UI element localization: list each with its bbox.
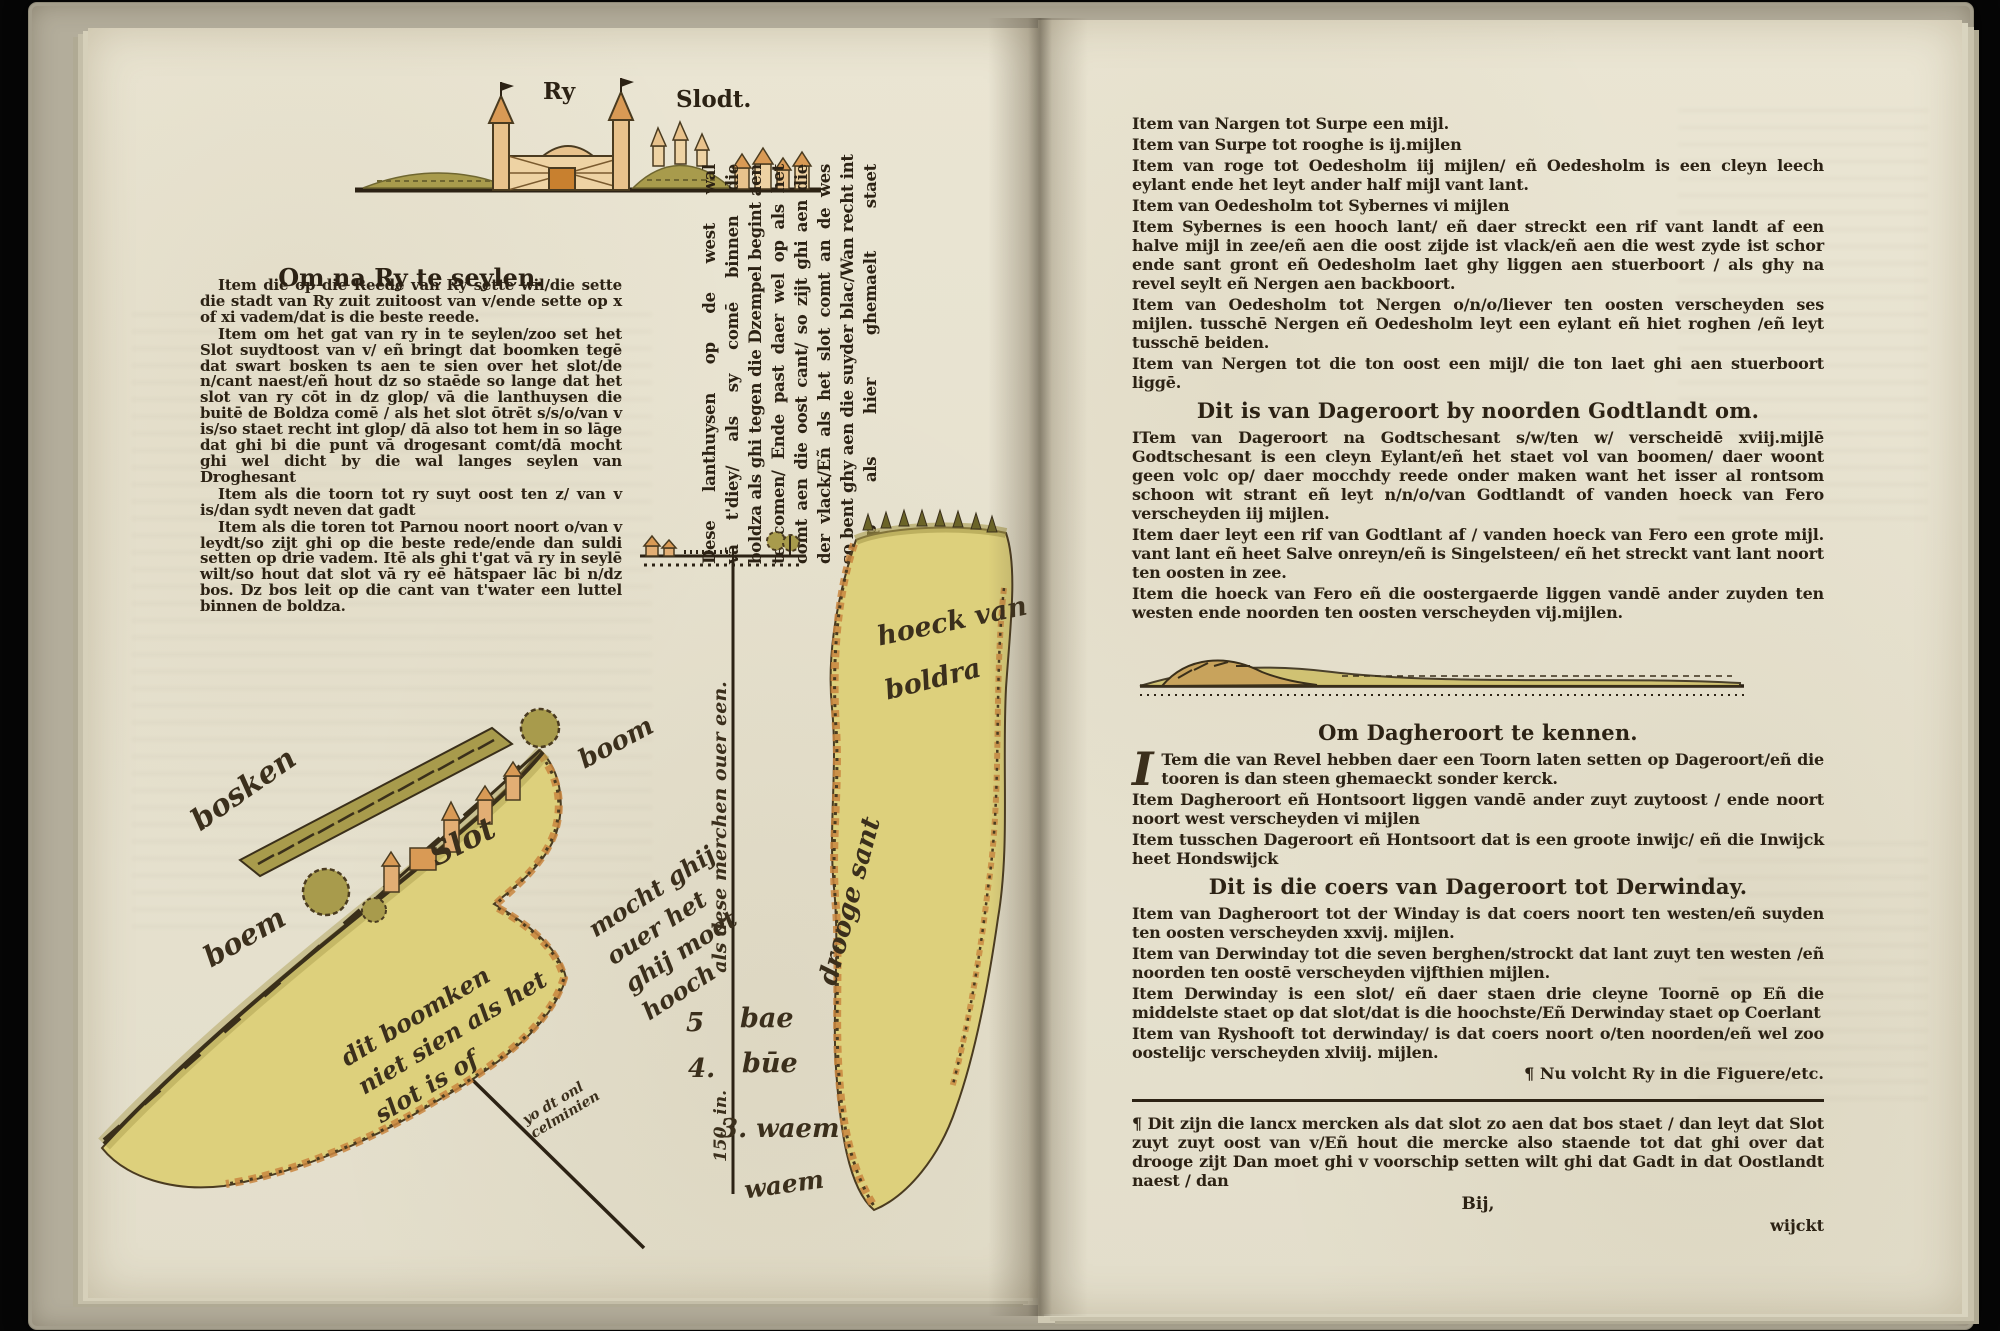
paragraph-with-initial: ITem die van Revel hebben daer een Toorn… (1132, 750, 1824, 788)
map-depth-5: 5 (686, 1008, 704, 1038)
decorated-initial: I (1132, 750, 1153, 788)
map-depth-4-unit: būe (742, 1048, 798, 1079)
left-page: Ry Slodt. Om na Ry te seylen. Item die o… (88, 28, 1038, 1298)
paragraph-text: Tem die van Revel hebben daer een Toorn … (1161, 750, 1824, 788)
map-depth-3: 3. waem (720, 1114, 839, 1144)
paragraph: Item van Surpe tot rooghe is ij.mijlen (1132, 135, 1824, 154)
paragraph: Item van Ryshooft tot derwinday/ is dat … (1132, 1024, 1824, 1062)
section-heading-kennen: Om Dagheroort te kennen. (1132, 721, 1824, 745)
paragraph: Item daer leyt een rif van Godtlant af /… (1132, 525, 1824, 582)
paragraph: Item van Nargen tot Surpe een mijl. (1132, 114, 1824, 133)
section-heading-coers: Dit is die coers van Dageroort tot Derwi… (1132, 875, 1824, 899)
section-heading-dageroort: Dit is van Dageroort by noorden Godtland… (1132, 399, 1824, 423)
paragraph: Item van Dagheroort tot der Winday is da… (1132, 904, 1824, 942)
paragraph: Item die hoeck van Fero eñ die oostergae… (1132, 584, 1824, 622)
paragraph: Item Sybernes is een hooch lant/ eñ daer… (1132, 217, 1824, 293)
paragraph: Item van Oedesholm tot Sybernes vi mijle… (1132, 196, 1824, 215)
coastline-woodcut (1132, 628, 1752, 708)
gathering-signature: Bij, (1132, 1194, 1824, 1214)
route-items-top: Item van Nargen tot Surpe een mijl.Item … (1132, 114, 1824, 392)
paragraph: Item tusschen Dageroort eñ Hontsoort dat… (1132, 830, 1824, 868)
map-label-merken: als dese merchen ouer een. (709, 677, 731, 977)
paragraph: Item Derwinday is een slot/ eñ daer stae… (1132, 984, 1824, 1022)
catchword: wijckt (1132, 1216, 1824, 1235)
paragraph: ITem van Dageroort na Godtschesant s/w/t… (1132, 428, 1824, 523)
paragraph: Item Dagheroort eñ Hontsoort liggen vand… (1132, 790, 1824, 828)
paragraph: Item van roge tot Oedesholm iij mijlen/ … (1132, 156, 1824, 194)
book-photo: Ry Slodt. Om na Ry te seylen. Item die o… (0, 0, 2000, 1331)
paragraph: Item van Nergen tot die ton oost een mij… (1132, 354, 1824, 392)
map-depth-5-unit: bae (740, 1003, 794, 1034)
route-items-coers: Item van Dagheroort tot der Winday is da… (1132, 904, 1824, 1062)
map-depth-4: 4. (688, 1054, 715, 1084)
paragraph: Item van Derwinday tot die seven berghen… (1132, 944, 1824, 982)
horizontal-rule (1132, 1099, 1824, 1102)
route-items-kennen: Item Dagheroort eñ Hontsoort liggen vand… (1132, 790, 1824, 868)
route-items-dageroort: ITem van Dageroort na Godtschesant s/w/t… (1132, 428, 1824, 622)
right-page: Item van Nargen tot Surpe een mijl.Item … (1038, 20, 1962, 1314)
final-paragraph: ¶ Dit zijn die lancx mercken als dat slo… (1132, 1114, 1824, 1190)
right-text-column: Item van Nargen tot Surpe een mijl.Item … (1132, 114, 1824, 1235)
nu-volcht-line: ¶ Nu volcht Ry in die Figuere/etc. (1132, 1064, 1824, 1083)
paragraph: Item van Oedesholm tot Nergen o/n/o/liev… (1132, 295, 1824, 352)
